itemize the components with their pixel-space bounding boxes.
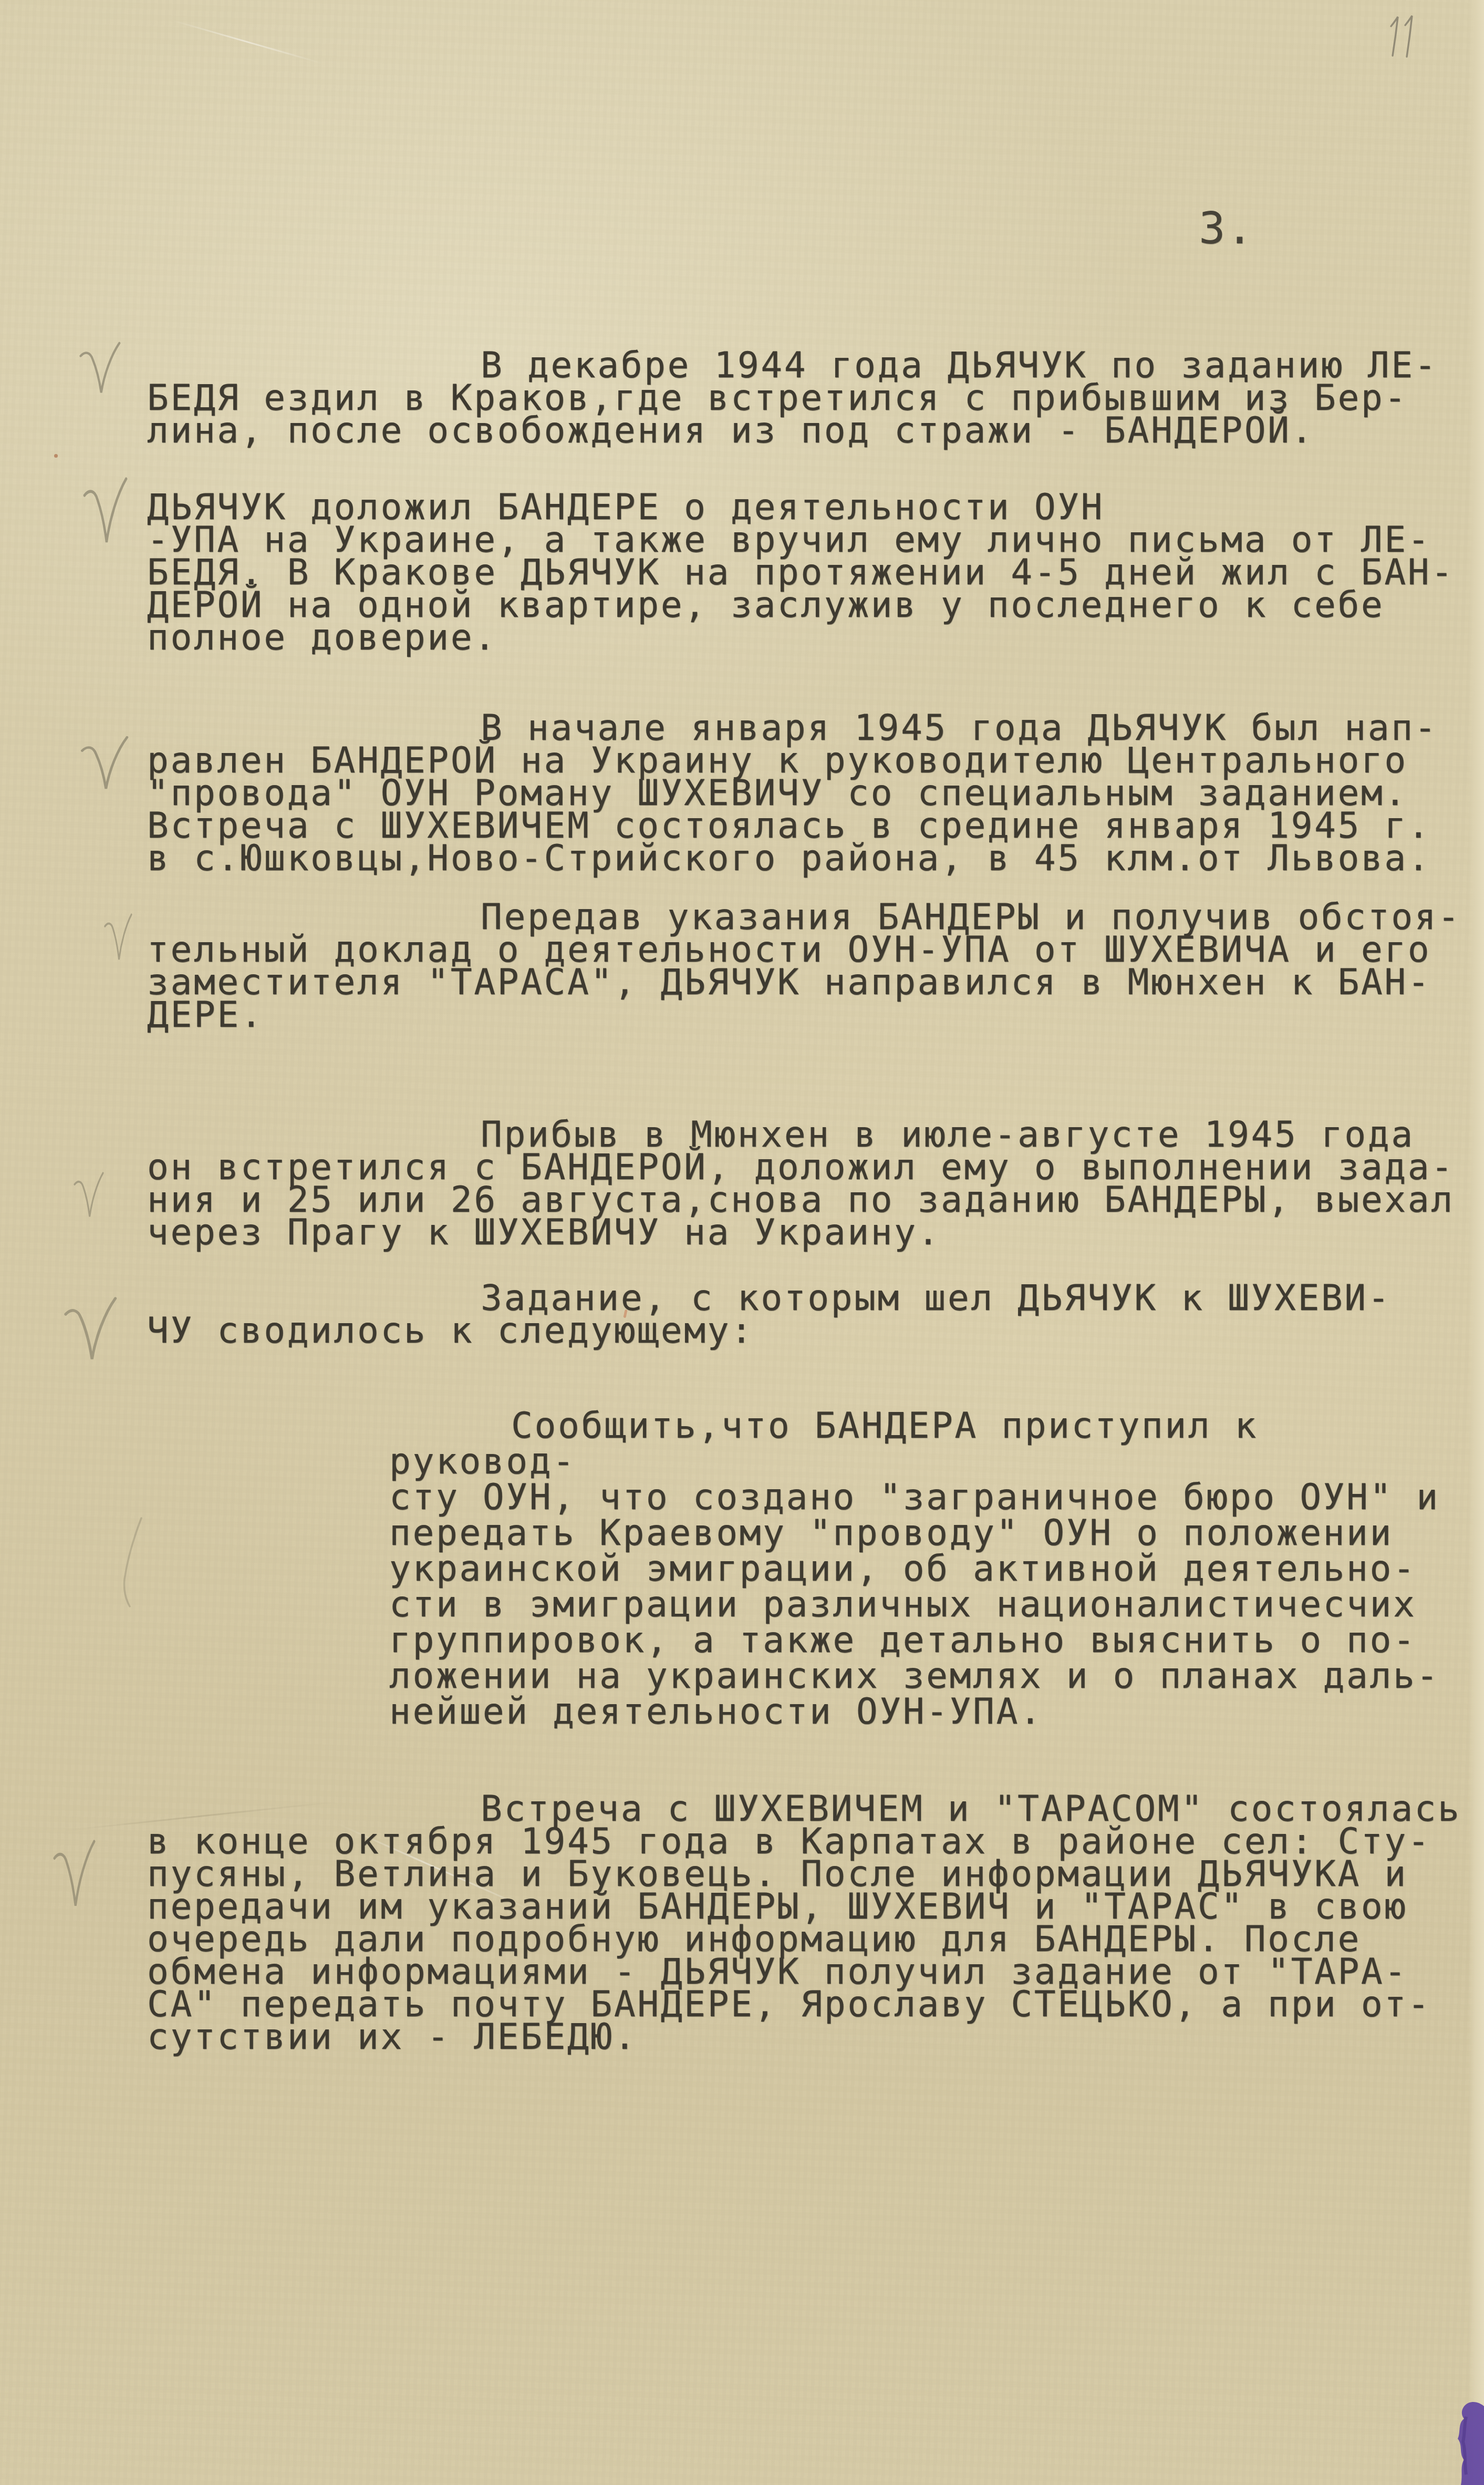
paper-speck bbox=[54, 454, 58, 458]
pencil-checkmark-icon bbox=[72, 1171, 104, 1221]
paragraph-1: В декабре 1944 года ДЬЯЧУК по заданию ЛЕ… bbox=[147, 349, 1484, 447]
handwritten-page-number: 11 bbox=[1388, 15, 1430, 59]
pencil-checkmark-icon bbox=[81, 476, 128, 548]
pencil-checkmark-icon bbox=[51, 1838, 96, 1912]
pencil-checkmark-icon bbox=[79, 735, 129, 793]
typed-page-number: 3. bbox=[1199, 206, 1254, 250]
pencil-checkmark-icon bbox=[62, 1295, 117, 1365]
paragraph-7: Встреча с ШУХЕВИЧЕМ и "ТАРАСОМ" состояла… bbox=[147, 1793, 1484, 2054]
ink-blot bbox=[1452, 2401, 1484, 2485]
pencil-stroke-icon bbox=[118, 1516, 143, 1608]
paragraph-5: Прибыв в Мюнхен в июле-августе 1945 года… bbox=[147, 1119, 1484, 1249]
paragraph-6: Задание, с которым шел ДЬЯЧУК к ШУХЕВИ- … bbox=[147, 1282, 1484, 1347]
indented-task-block: Сообщить,что БАНДЕРА приступил к руковод… bbox=[389, 1408, 1456, 1730]
pencil-checkmark-icon bbox=[103, 912, 132, 964]
document-scan-page: { "document": { "language": "ru", "typed… bbox=[0, 0, 1484, 2485]
paragraph-4: Передав указания БАНДЕРЫ и получив обсто… bbox=[147, 901, 1484, 1032]
paragraph-2: ДЬЯЧУК доложил БАНДЕРЕ о деятельности ОУ… bbox=[147, 491, 1484, 654]
paragraph-3: В начале января 1945 года ДЬЯЧУК был нап… bbox=[147, 712, 1484, 875]
pencil-checkmark-icon bbox=[78, 341, 121, 397]
